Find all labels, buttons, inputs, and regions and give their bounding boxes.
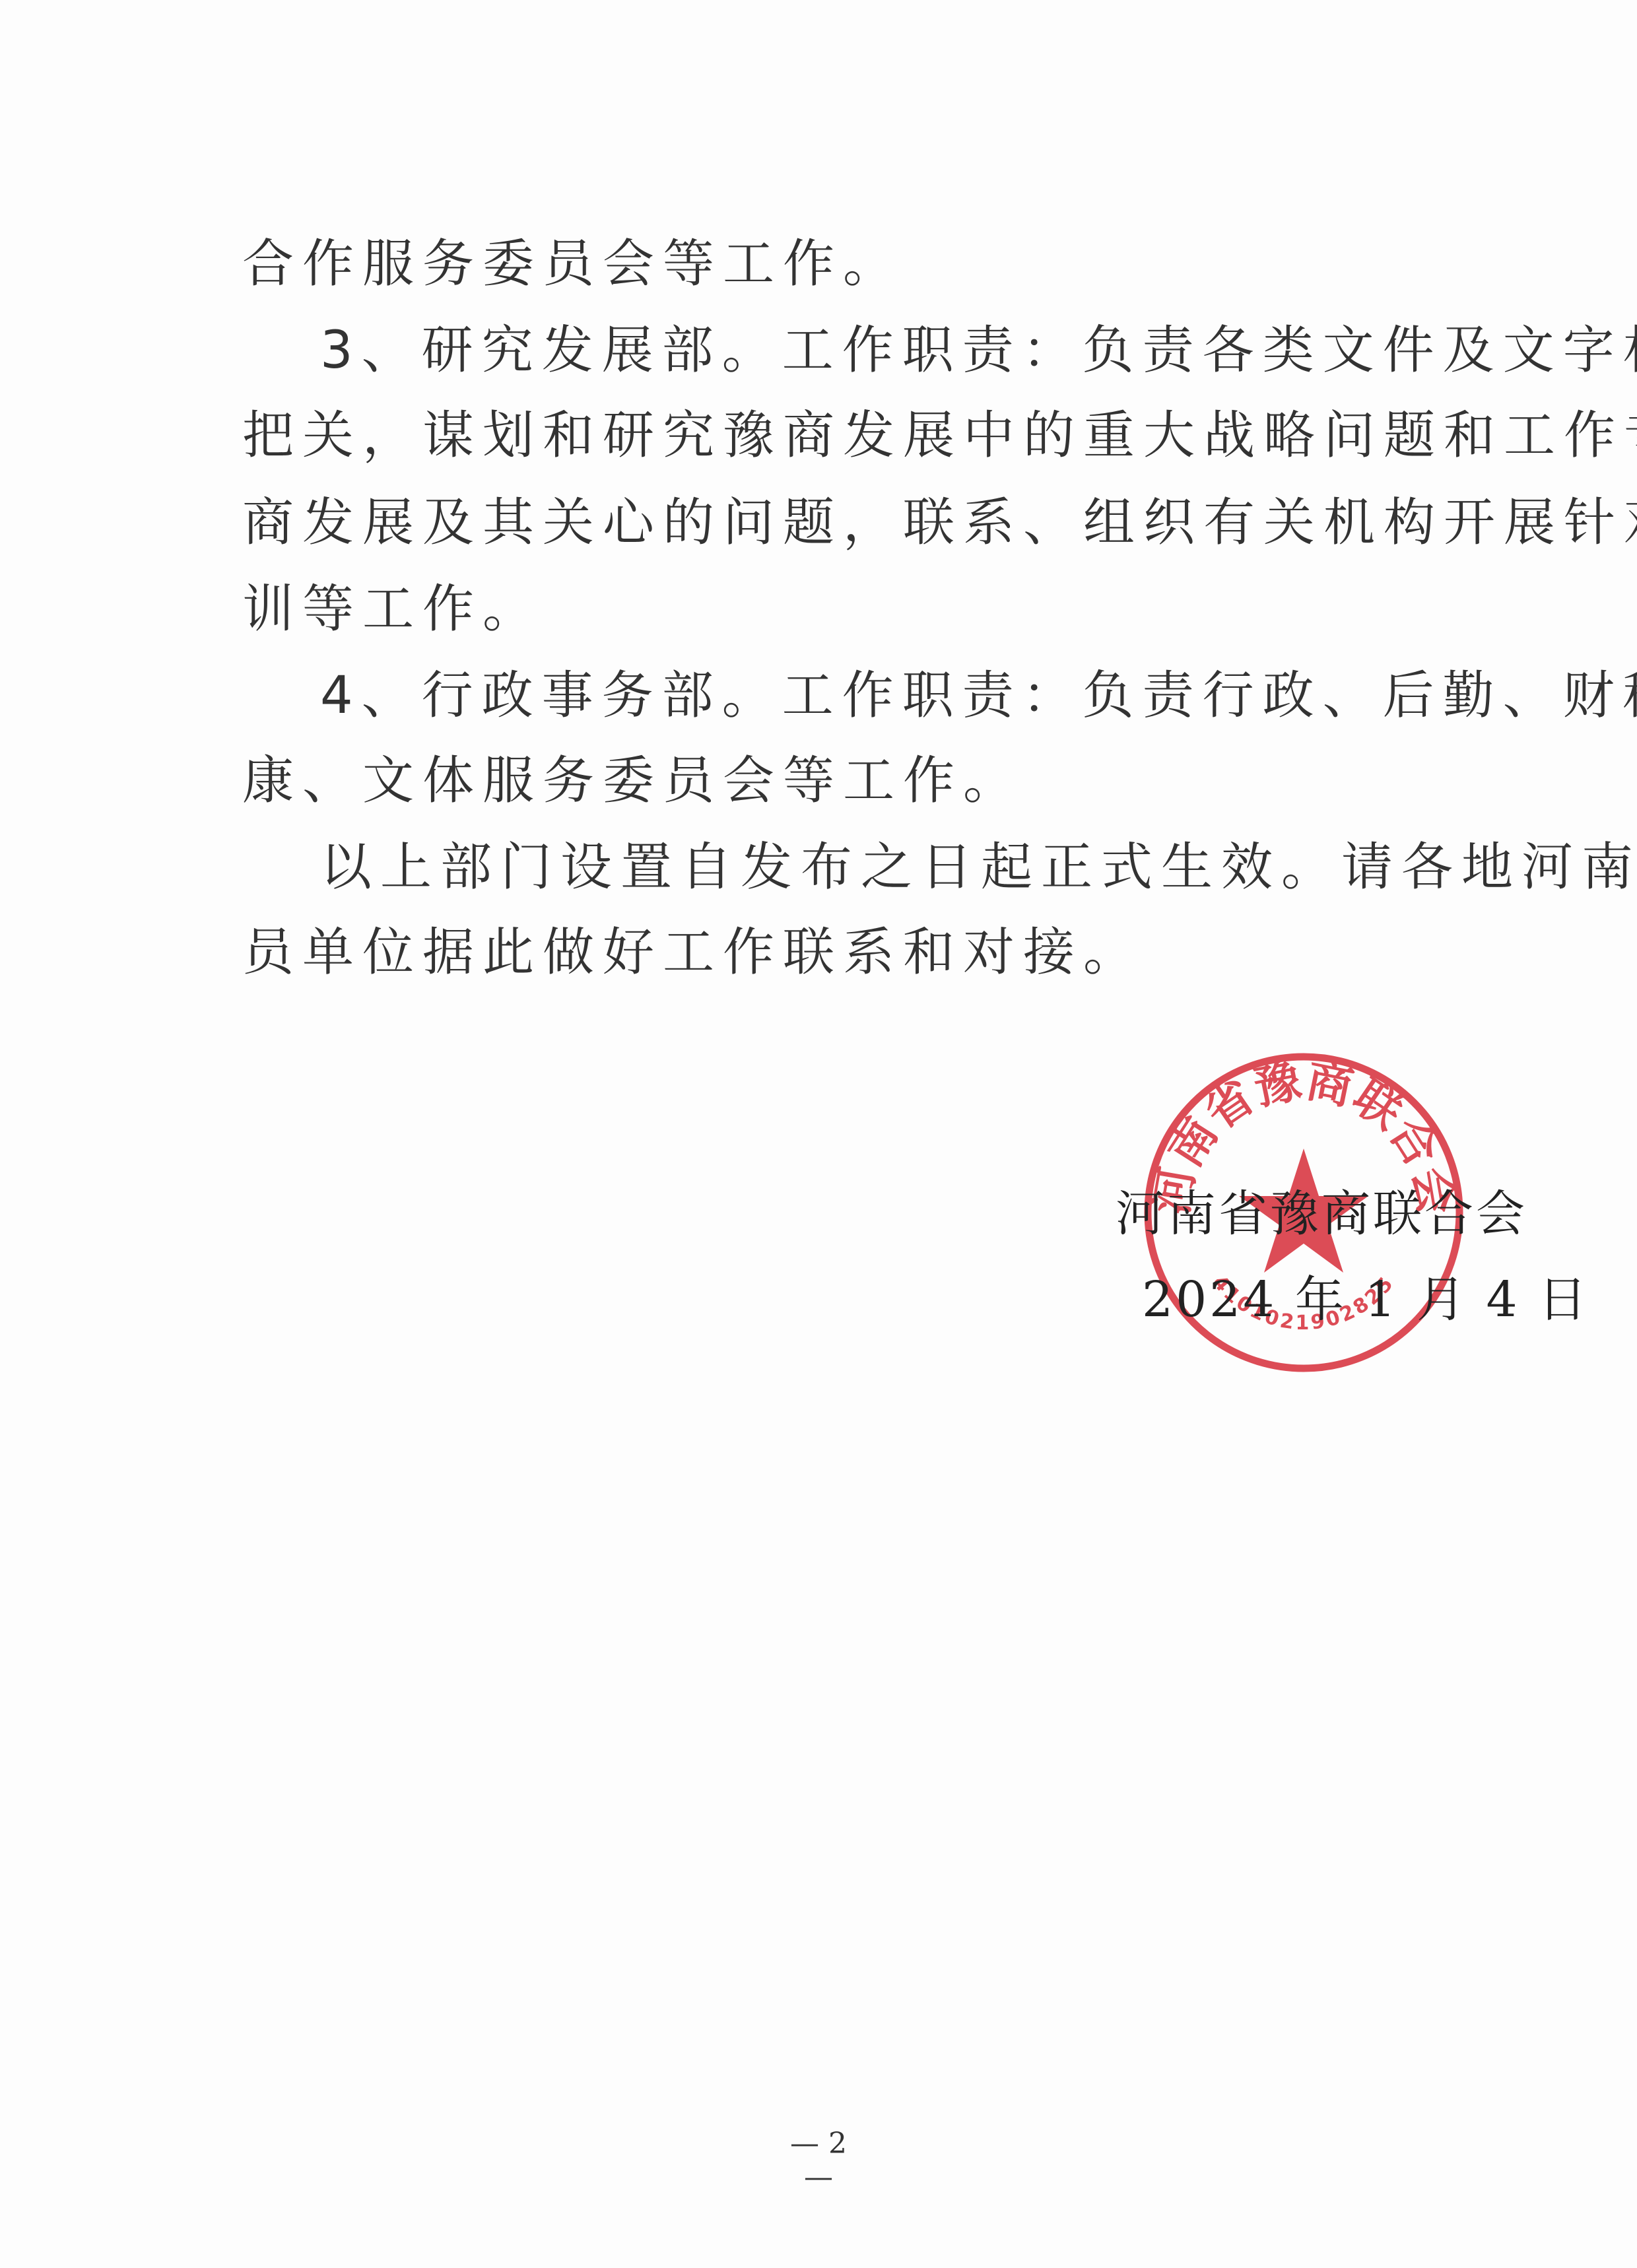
signature-date: 2024 年 1 月 4 日 [1142, 1261, 1589, 1331]
paragraph-line: 员单位据此做好工作联系和对接。 [242, 910, 1450, 996]
document-page: 合作服务委员会等工作。 3、研究发展部。工作职责：负责各类文件及文字材料起草和 … [0, 0, 1637, 2268]
paragraph-line: 康、文体服务委员会等工作。 [242, 738, 1450, 824]
paragraph-line: 商发展及其关心的问题，联系、组织有关机构开展针对性研究和培 [242, 480, 1450, 566]
page-number: — 2 — [785, 2127, 852, 2194]
paragraph-line: 把关，谋划和研究豫商发展中的重大战略问题和工作专题，围绕豫 [242, 393, 1450, 479]
paragraph-line: 3、研究发展部。工作职责：负责各类文件及文字材料起草和 [320, 308, 1450, 394]
paragraph-line: 4、行政事务部。工作职责：负责行政、后勤、财税、医疗健 [320, 653, 1450, 739]
paragraph-line: 训等工作。 [242, 566, 1450, 653]
paragraph-line: 合作服务委员会等工作。 [242, 221, 1450, 308]
signature-organization: 河南省豫商联合会 [1116, 1175, 1527, 1245]
paragraph-line: 以上部门设置自发布之日起正式生效。请各地河南商会和各会 [320, 824, 1450, 911]
